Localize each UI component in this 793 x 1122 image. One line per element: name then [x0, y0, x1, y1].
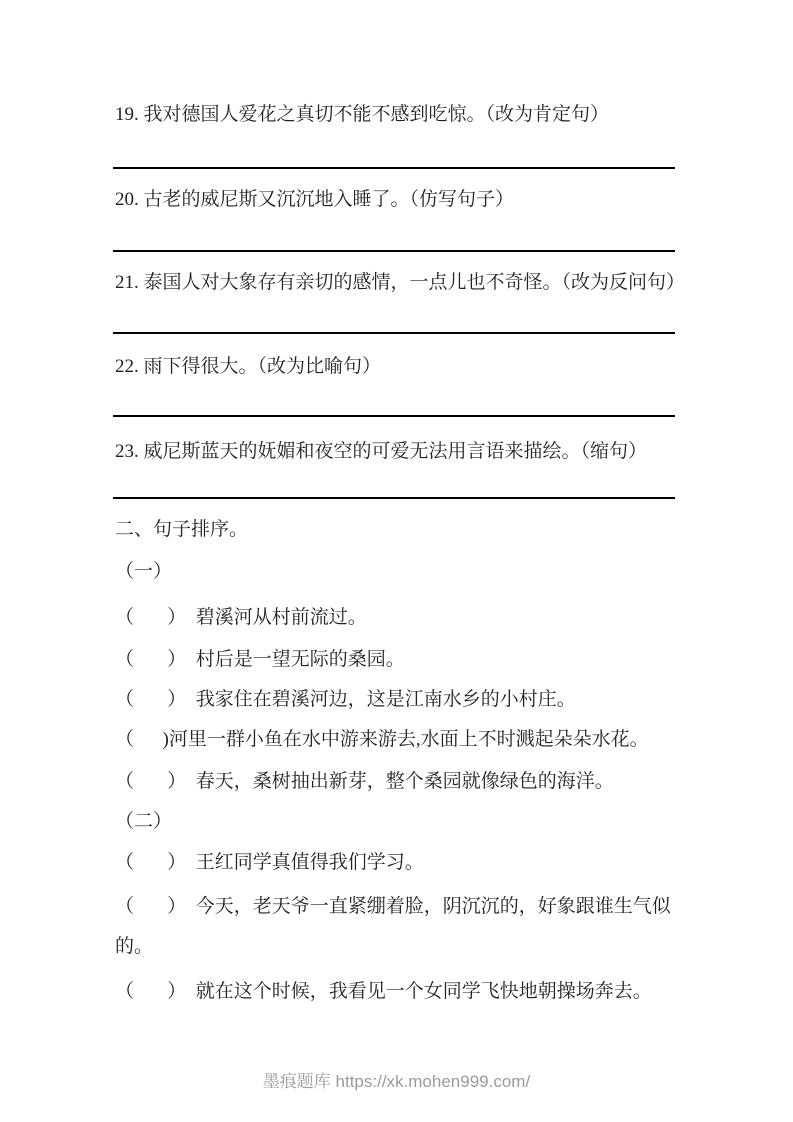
answer-line-21: [113, 332, 675, 334]
question-19: 19. 我对德国人爱花之真切不能不感到吃惊。（改为肯定句）: [115, 102, 677, 128]
answer-line-19: [113, 167, 675, 169]
answer-line-22: [113, 415, 675, 417]
question-21: 21. 泰国人对大象存有亲切的感情，一点儿也不奇怪。（改为反问句）: [115, 270, 677, 296]
ordering-item-2-3: （ ） 就在这个时候，我看见一个女同学飞快地朝操场奔去。: [115, 979, 677, 1005]
question-22: 22. 雨下得很大。（改为比喻句）: [115, 354, 677, 380]
ordering-item-1-2: （ ） 村后是一望无际的桑园。: [115, 647, 677, 673]
group-two-label: （二）: [115, 809, 677, 835]
footer-credit: 墨痕题库 https://xk.mohen999.com/: [0, 1070, 793, 1094]
answer-line-20: [113, 250, 675, 252]
ordering-item-2-1: （ ） 王红同学真值得我们学习。: [115, 850, 677, 876]
question-23: 23. 威尼斯蓝天的妩媚和夜空的可爱无法用言语来描绘。（缩句）: [115, 439, 677, 465]
group-one-label: （一）: [115, 559, 677, 585]
question-20: 20. 古老的威尼斯又沉沉地入睡了。（仿写句子）: [115, 187, 677, 213]
worksheet-page: 19. 我对德国人爱花之真切不能不感到吃惊。（改为肯定句） 20. 古老的威尼斯…: [0, 0, 793, 1122]
ordering-item-1-4: （ )河里一群小鱼在水中游来游去,水面上不时溅起朵朵水花。: [115, 727, 677, 753]
ordering-item-1-5: （ ） 春天，桑树抽出新芽，整个桑园就像绿色的海洋。: [115, 769, 677, 795]
ordering-item-1-3: （ ） 我家住在碧溪河边，这是江南水乡的小村庄。: [115, 687, 677, 713]
section-two-title: 二、句子排序。: [115, 517, 677, 543]
ordering-item-2-2: （ ） 今天，老天爷一直紧绷着脸，阴沉沉的，好象跟谁生气似的。: [115, 887, 677, 967]
ordering-item-1-1: （ ） 碧溪河从村前流过。: [115, 605, 677, 631]
answer-line-23: [113, 497, 675, 499]
